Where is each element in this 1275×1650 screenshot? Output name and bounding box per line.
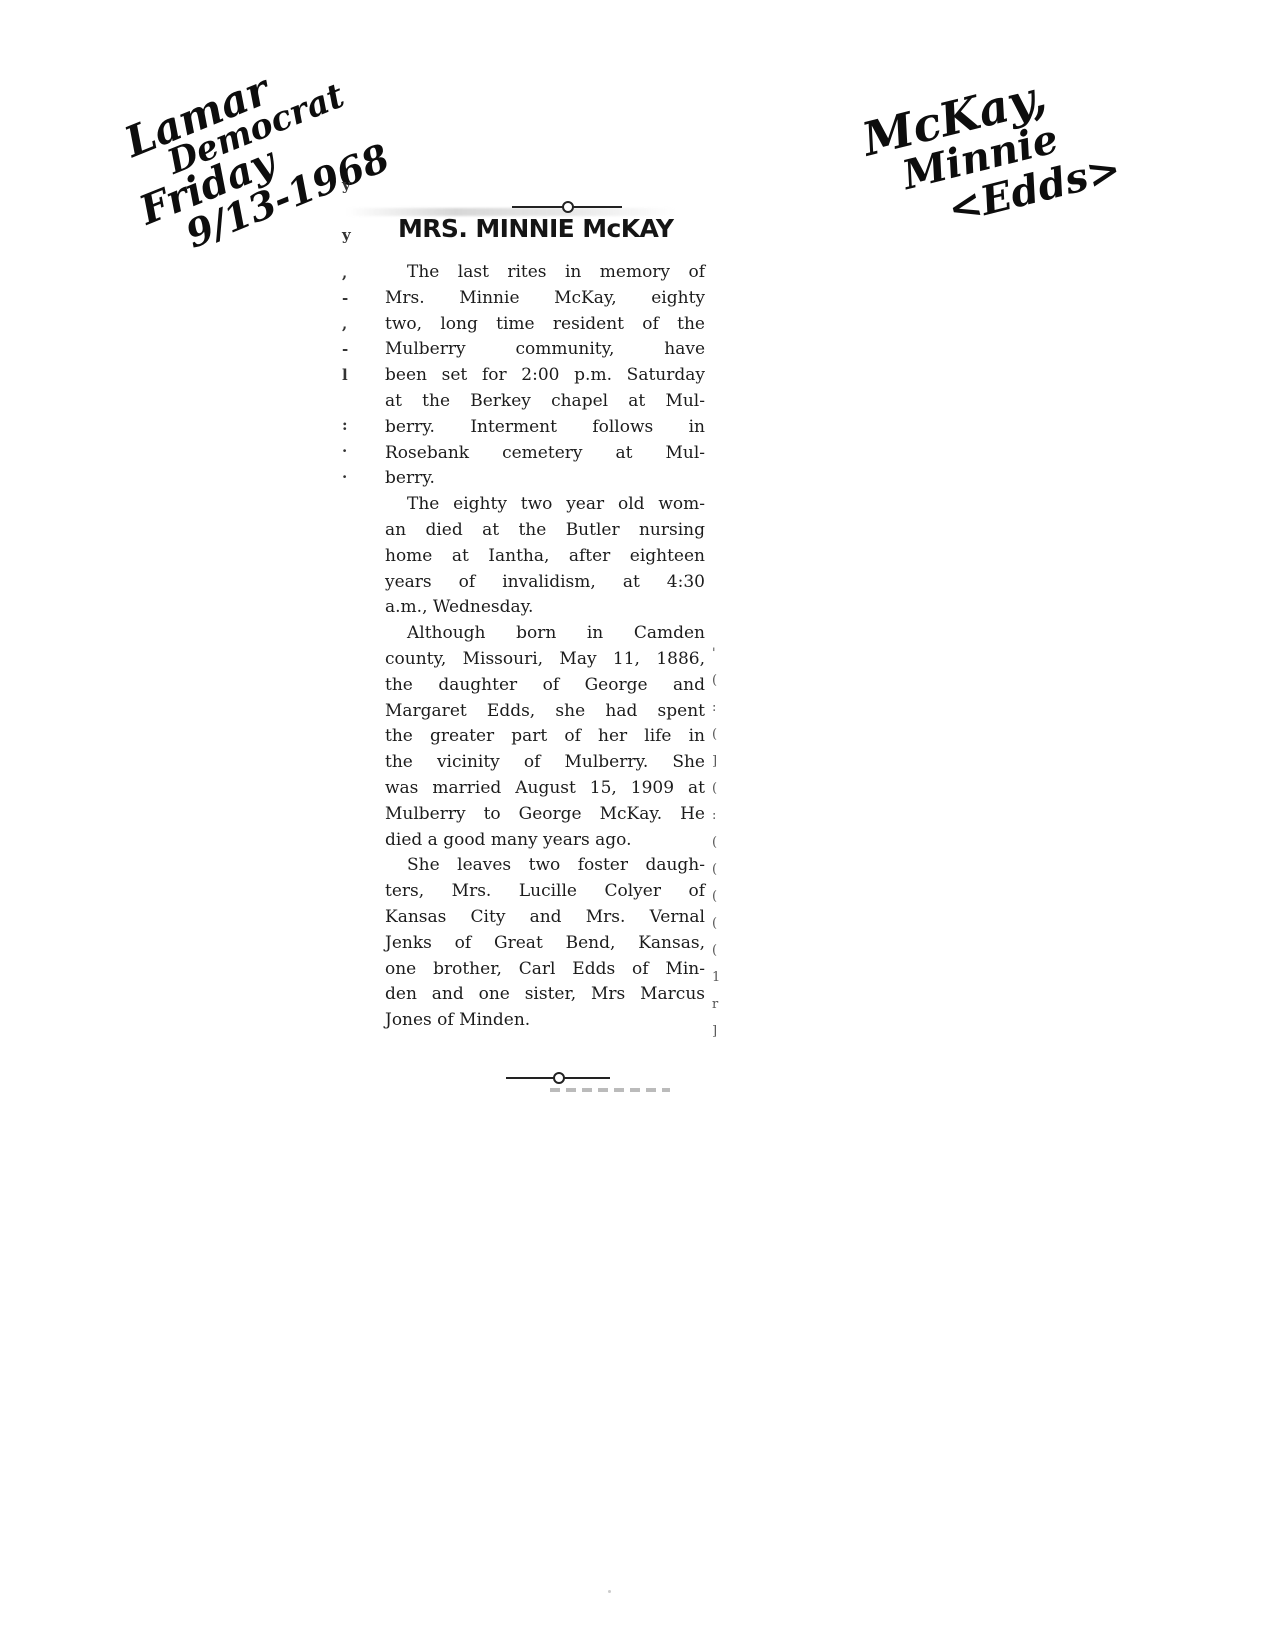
margin-fragment: ( — [712, 943, 717, 958]
margin-fragment: 1 — [712, 970, 720, 985]
obituary-line: berry. — [385, 466, 705, 492]
obituary-line: Mulberry community, have — [385, 337, 705, 363]
obituary-line: two, long time resident of the — [385, 312, 705, 338]
obituary-line: at the Berkey chapel at Mul- — [385, 389, 705, 415]
obituary-body: The last rites in memory ofMrs. Minnie M… — [385, 260, 705, 1034]
column-separator-bottom — [506, 1072, 610, 1084]
margin-fragment: · — [342, 442, 347, 460]
margin-fragment: · — [342, 468, 347, 486]
margin-fragment: ( — [712, 727, 717, 742]
obituary-line: been set for 2:00 p.m. Saturday — [385, 363, 705, 389]
obituary-line: The last rites in memory of — [385, 260, 705, 286]
obituary-paragraph: The last rites in memory ofMrs. Minnie M… — [385, 260, 705, 492]
obituary-line: The eighty two year old wom- — [385, 492, 705, 518]
obituary-line: Jenks of Great Bend, Kansas, — [385, 931, 705, 957]
obituary-line: Mrs. Minnie McKay, eighty — [385, 286, 705, 312]
margin-fragment: ( — [712, 862, 717, 877]
margin-fragment: , — [342, 264, 347, 282]
obituary-line: berry. Interment follows in — [385, 415, 705, 441]
margin-fragment: ( — [712, 673, 717, 688]
obituary-line: home at Iantha, after eighteen — [385, 544, 705, 570]
margin-fragment: ] — [712, 1024, 717, 1039]
obituary-line: Jones of Minden. — [385, 1008, 705, 1034]
margin-fragment: ( — [712, 889, 717, 904]
obituary-paragraph: The eighty two year old wom-an died at t… — [385, 492, 705, 621]
margin-fragment: - — [342, 289, 348, 307]
obituary-line: the daughter of George and — [385, 673, 705, 699]
newspaper-clipping: yy,-,-l:·· '(:(](:(((((1r] MRS. MINNIE M… — [340, 176, 730, 1076]
obituary-line: the greater part of her life in — [385, 724, 705, 750]
margin-fragment: y — [342, 176, 351, 194]
obituary-line: county, Missouri, May 11, 1886, — [385, 647, 705, 673]
column-separator-top — [512, 201, 622, 213]
obituary-line: Margaret Edds, she had spent — [385, 699, 705, 725]
obituary-line: years of invalidism, at 4:30 — [385, 570, 705, 596]
obituary-line: She leaves two foster daugh- — [385, 853, 705, 879]
obituary-line: Although born in Camden — [385, 621, 705, 647]
margin-fragment: , — [342, 315, 347, 333]
margin-fragment: ( — [712, 916, 717, 931]
obituary-line: an died at the Butler nursing — [385, 518, 705, 544]
margin-fragment: l — [342, 366, 348, 384]
obituary-headline: MRS. MINNIE McKAY — [398, 214, 673, 243]
scan-speck — [608, 1590, 611, 1593]
handwritten-name-note: McKay, Minnie <Edds> — [858, 59, 1125, 246]
margin-fragment: : — [342, 416, 348, 434]
cut-off-next-headline — [550, 1088, 670, 1092]
separator-ring-icon — [562, 201, 574, 213]
margin-fragment: ( — [712, 781, 717, 796]
margin-fragment: : — [712, 808, 716, 823]
obituary-line: Rosebank cemetery at Mul- — [385, 441, 705, 467]
obituary-paragraph: She leaves two foster daugh-ters, Mrs. L… — [385, 853, 705, 1034]
margin-fragment: ( — [712, 835, 717, 850]
obituary-line: Kansas City and Mrs. Vernal — [385, 905, 705, 931]
obituary-line: ters, Mrs. Lucille Colyer of — [385, 879, 705, 905]
obituary-line: died a good many years ago. — [385, 828, 705, 854]
obituary-line: Mulberry to George McKay. He — [385, 802, 705, 828]
margin-fragment: ] — [712, 754, 717, 769]
separator-ring-icon — [553, 1072, 565, 1084]
margin-fragment: r — [712, 997, 718, 1012]
obituary-line: den and one sister, Mrs Marcus — [385, 982, 705, 1008]
obituary-line: was married August 15, 1909 at — [385, 776, 705, 802]
margin-fragment: : — [712, 700, 716, 715]
margin-fragment: - — [342, 340, 348, 358]
obituary-line: the vicinity of Mulberry. She — [385, 750, 705, 776]
obituary-line: a.m., Wednesday. — [385, 595, 705, 621]
margin-fragment: ' — [712, 646, 716, 661]
margin-fragment: y — [342, 226, 351, 244]
obituary-line: one brother, Carl Edds of Min- — [385, 957, 705, 983]
obituary-paragraph: Although born in Camdencounty, Missouri,… — [385, 621, 705, 853]
